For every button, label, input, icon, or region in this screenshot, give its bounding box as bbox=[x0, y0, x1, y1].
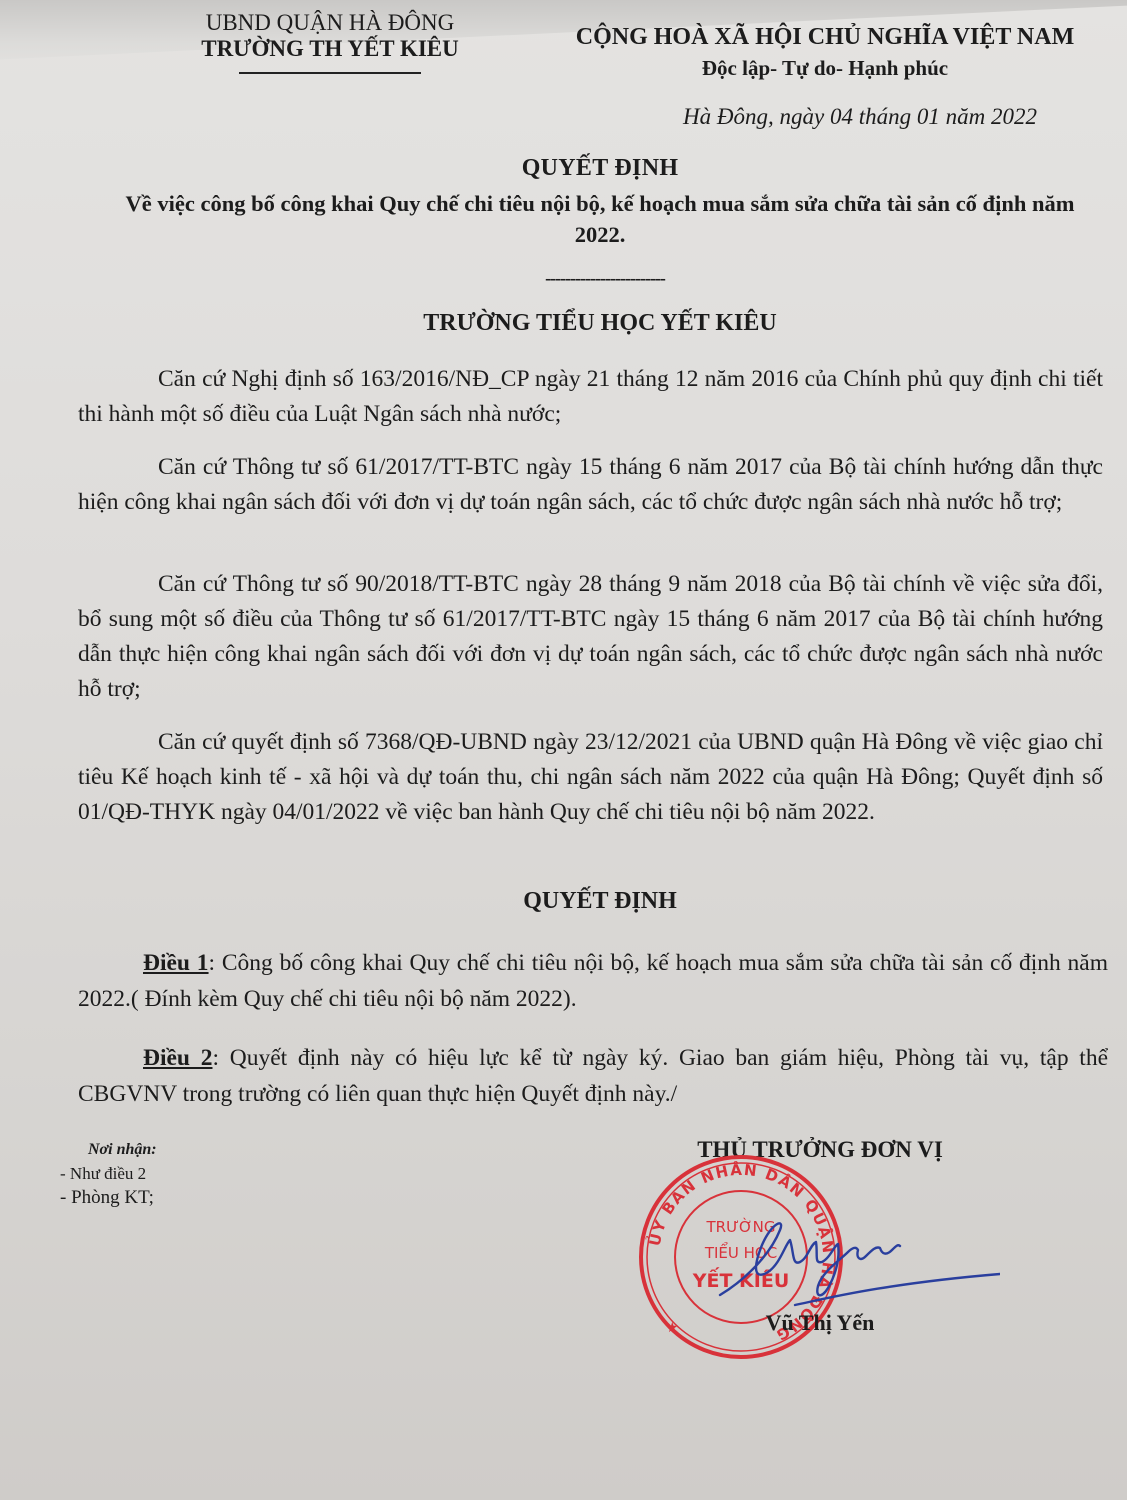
legal-basis-3: Căn cứ Thông tư số 90/2018/TT-BTC ngày 2… bbox=[78, 567, 1103, 707]
legal-basis-1: Căn cứ Nghị định số 163/2016/NĐ_CP ngày … bbox=[78, 362, 1103, 432]
separator-line: ------------------------ bbox=[460, 268, 750, 289]
article-1-label: Điều 1 bbox=[143, 950, 209, 976]
header-right: CỘNG HOÀ XÃ HỘI CHỦ NGHĨA VIỆT NAM Độc l… bbox=[560, 20, 1090, 82]
document-subtitle: Về việc công bố công khai Quy chế chi ti… bbox=[105, 188, 1095, 250]
document-title: QUYẾT ĐỊNH bbox=[100, 155, 1100, 182]
article-2-label: Điều 2 bbox=[143, 1045, 212, 1071]
svg-text:★: ★ bbox=[666, 1321, 679, 1336]
article-2: Điều 2: Quyết định này có hiệu lực kể từ… bbox=[78, 1040, 1108, 1112]
issuer-name: TRƯỜNG TIỂU HỌC YẾT KIÊU bbox=[200, 310, 1000, 337]
header-underline bbox=[239, 72, 421, 74]
national-motto: Độc lập- Tự do- Hạnh phúc bbox=[560, 54, 1090, 82]
article-2-text: : Quyết định này có hiệu lực kể từ ngày … bbox=[78, 1045, 1108, 1107]
legal-basis-4: Căn cứ quyết định số 7368/QĐ-UBND ngày 2… bbox=[78, 725, 1103, 830]
recipient-item: - Phòng KT; bbox=[60, 1186, 320, 1210]
nation-name: CỘNG HOÀ XÃ HỘI CHỦ NGHĨA VIỆT NAM bbox=[560, 20, 1090, 54]
date-line: Hà Đông, ngày 04 tháng 01 năm 2022 bbox=[630, 104, 1090, 130]
header-left: UBND QUẬN HÀ ĐÔNG TRƯỜNG TH YẾT KIÊU bbox=[180, 10, 480, 74]
signer-name: Vũ Thị Yến bbox=[720, 1310, 920, 1336]
school-name: TRƯỜNG TH YẾT KIÊU bbox=[180, 36, 480, 62]
recipients-block: Nơi nhận: - Như điều 2 - Phòng KT; bbox=[60, 1138, 320, 1210]
legal-basis-2: Căn cứ Thông tư số 61/2017/TT-BTC ngày 1… bbox=[78, 450, 1103, 520]
article-1-text: : Công bố công khai Quy chế chi tiêu nội… bbox=[78, 950, 1108, 1012]
article-1: Điều 1: Công bố công khai Quy chế chi ti… bbox=[78, 945, 1108, 1017]
recipient-item: - Như điều 2 bbox=[60, 1162, 320, 1186]
decision-heading: QUYẾT ĐỊNH bbox=[100, 888, 1100, 915]
agency-name: UBND QUẬN HÀ ĐÔNG bbox=[180, 10, 480, 36]
recipients-title: Nơi nhận: bbox=[60, 1138, 320, 1162]
